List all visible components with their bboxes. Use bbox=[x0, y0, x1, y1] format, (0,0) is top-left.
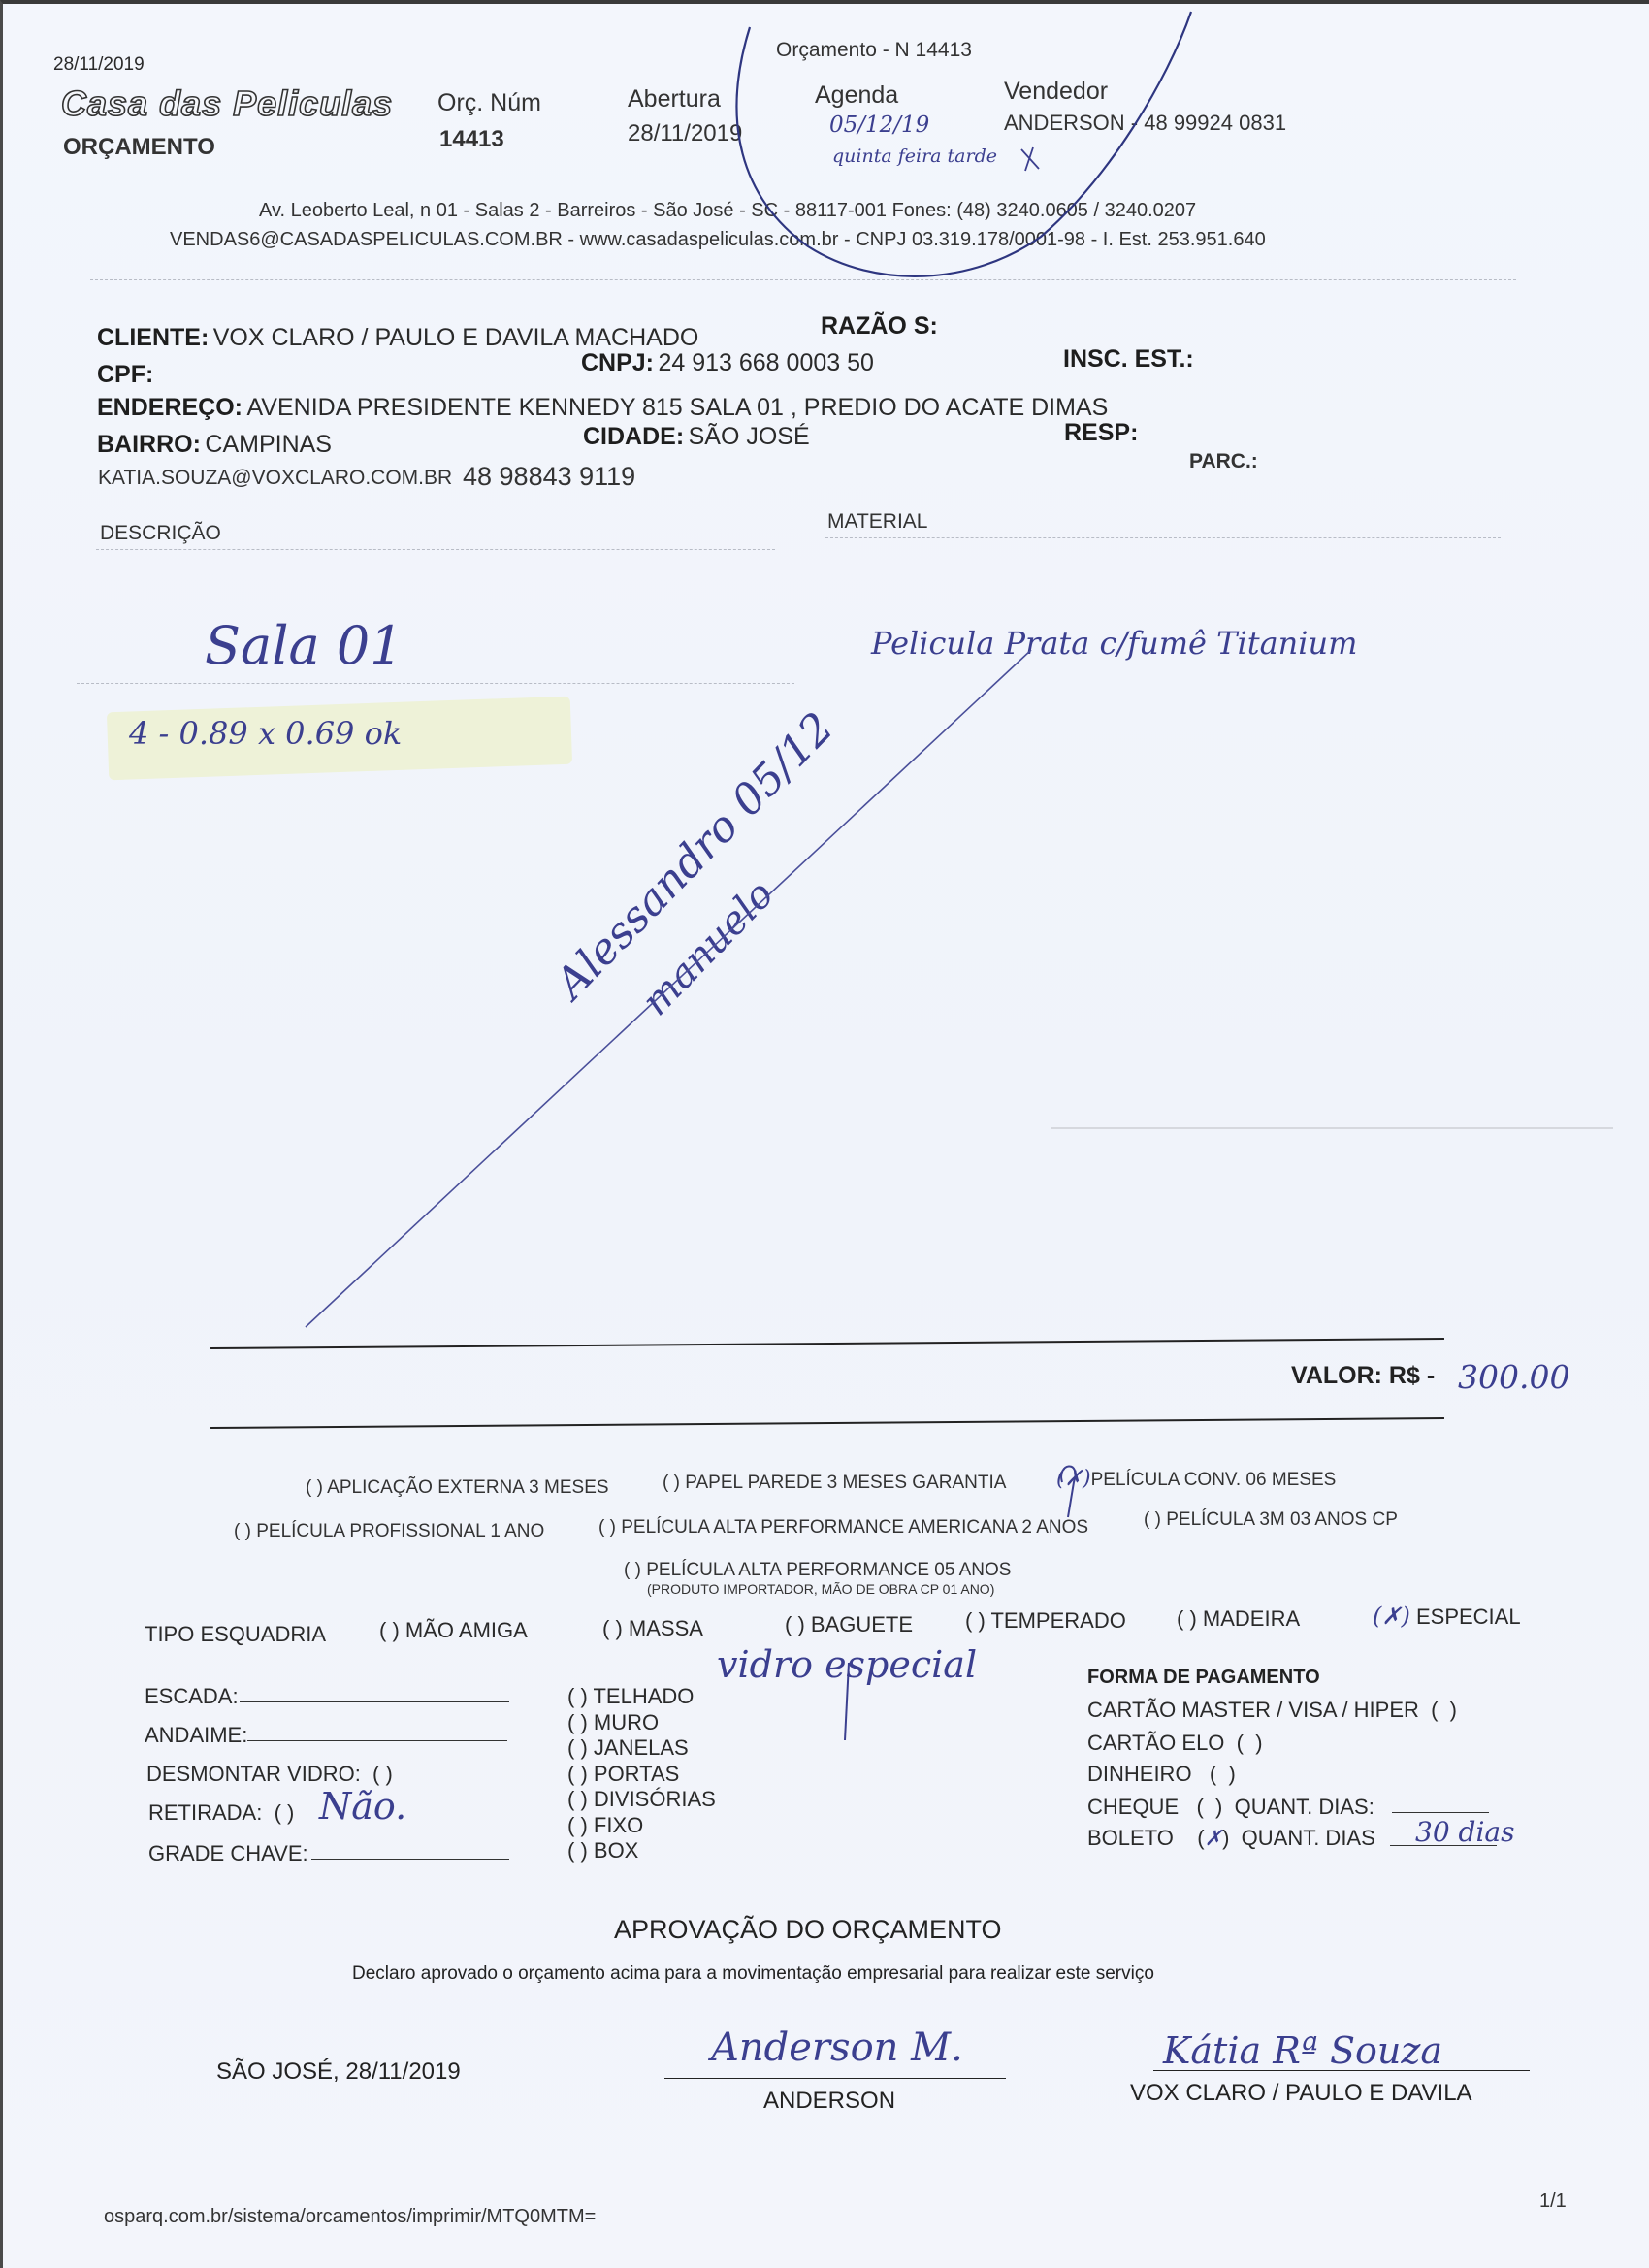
tarde-cross bbox=[1021, 147, 1039, 171]
option-label: MADEIRA bbox=[1203, 1606, 1300, 1631]
esquadria-mao-amiga[interactable]: ( ) MÃO AMIGA bbox=[379, 1618, 528, 1643]
descricao-handwritten: Sala 01 bbox=[205, 615, 404, 676]
option-label: PELÍCULA PROFISSIONAL 1 ANO bbox=[256, 1521, 544, 1541]
esquadria-baguete[interactable]: ( ) BAGUETE bbox=[785, 1612, 913, 1637]
option-label: DIVISÓRIAS bbox=[594, 1787, 716, 1811]
location-janelas[interactable]: ( ) JANELAS bbox=[567, 1735, 716, 1762]
option-label: PELÍCULA ALTA PERFORMANCE 05 ANOS bbox=[646, 1560, 1011, 1580]
approval-place-date: SÃO JOSÉ, 28/11/2019 bbox=[216, 2058, 461, 2086]
parc-label: PARC.: bbox=[1189, 450, 1258, 473]
esquadria-handwritten-note: vidro especial bbox=[717, 1643, 977, 1686]
option-label: MÃO AMIGA bbox=[405, 1618, 528, 1642]
orc-num-label: Orç. Núm bbox=[437, 89, 541, 117]
option-label: PORTAS bbox=[594, 1762, 679, 1786]
option-alta-performance-05-sub: (PRODUTO IMPORTADOR, MÃO DE OBRA CP 01 A… bbox=[647, 1581, 994, 1597]
cheque-dias-input-line[interactable] bbox=[1392, 1812, 1489, 1813]
valor-value: 300.00 bbox=[1458, 1358, 1569, 1396]
abertura-label: Abertura bbox=[628, 85, 721, 113]
client-name: VOX CLARO / PAULO E DAVILA bbox=[1130, 2080, 1472, 2107]
page-number: 1/1 bbox=[1539, 2190, 1567, 2213]
option-label: DINHEIRO bbox=[1087, 1762, 1192, 1786]
grade-chave-label: GRADE CHAVE: bbox=[148, 1841, 308, 1866]
option-label: CARTÃO MASTER / VISA / HIPER bbox=[1087, 1698, 1419, 1722]
retirada-label: RETIRADA: bbox=[148, 1800, 262, 1825]
client-signature-line bbox=[1153, 2070, 1530, 2071]
esquadria-especial[interactable]: (✗) ESPECIAL bbox=[1373, 1603, 1521, 1630]
company-logo: Casa das Peliculas bbox=[61, 83, 393, 124]
option-label: BAGUETE bbox=[811, 1612, 913, 1636]
payment-dinheiro[interactable]: DINHEIRO ( ) bbox=[1087, 1762, 1236, 1787]
approval-declaration: Declaro aprovado o orçamento acima para … bbox=[352, 1963, 1154, 1985]
agenda-handwritten-note: quinta feira tarde bbox=[832, 146, 997, 167]
option-pelicula-profissional[interactable]: ( ) PELÍCULA PROFISSIONAL 1 ANO bbox=[234, 1521, 544, 1542]
seller-signature-line bbox=[664, 2078, 1006, 2079]
material-label: MATERIAL bbox=[827, 510, 927, 534]
descricao-underline bbox=[96, 549, 775, 550]
valor-label: VALOR: R$ - bbox=[1291, 1362, 1435, 1390]
item-row-divider bbox=[77, 683, 794, 684]
option-label: PELÍCULA ALTA PERFORMANCE AMERICANA 2 AN… bbox=[621, 1517, 1088, 1538]
client-phone: 48 98843 9119 bbox=[463, 462, 635, 492]
escada-label: ESCADA: bbox=[145, 1684, 239, 1709]
cliente-field: CLIENTE: VOX CLARO / PAULO E DAVILA MACH… bbox=[97, 324, 698, 352]
location-portas[interactable]: ( ) PORTAS bbox=[567, 1762, 716, 1788]
client-email: KATIA.SOUZA@VOXCLARO.COM.BR bbox=[98, 467, 452, 490]
esquadria-massa[interactable]: ( ) MASSA bbox=[602, 1616, 703, 1641]
escada-input-line[interactable] bbox=[240, 1701, 509, 1702]
option-label: MASSA bbox=[629, 1616, 703, 1640]
payment-title: FORMA DE PAGAMENTO bbox=[1087, 1667, 1320, 1689]
orc-num-value: 14413 bbox=[439, 126, 504, 153]
header-divider bbox=[90, 279, 1516, 280]
bairro-field: BAIRRO: CAMPINAS bbox=[97, 431, 332, 459]
location-divisorias[interactable]: ( ) DIVISÓRIAS bbox=[567, 1787, 716, 1813]
option-papel-parede[interactable]: ( ) PAPEL PAREDE 3 MESES GARANTIA bbox=[663, 1473, 1006, 1494]
grade-chave-input-line[interactable] bbox=[311, 1859, 509, 1860]
vendedor-value: ANDERSON - 48 99924 0831 bbox=[1004, 111, 1286, 136]
cpf-label: CPF: bbox=[97, 361, 153, 389]
checked-mark-icon: (✗) bbox=[1373, 1603, 1410, 1630]
boleto-dias-handwritten: 30 dias bbox=[1415, 1816, 1514, 1848]
desmontar-label: DESMONTAR VIDRO: bbox=[146, 1762, 361, 1786]
location-options: ( ) TELHADO ( ) MURO ( ) JANELAS ( ) POR… bbox=[567, 1684, 716, 1864]
circled-quote-number: Orçamento - N 14413 bbox=[776, 39, 972, 62]
vendedor-label: Vendedor bbox=[1004, 78, 1108, 106]
cheque-dias-label: QUANT. DIAS: bbox=[1235, 1795, 1374, 1819]
material-handwritten: Pelicula Prata c/fumê Titanium bbox=[871, 625, 1357, 662]
cidade-label: CIDADE: bbox=[583, 423, 684, 450]
option-aplicacao-externa[interactable]: ( ) APLICAÇÃO EXTERNA 3 MESES bbox=[306, 1477, 609, 1499]
valor-bottom-rule bbox=[210, 1417, 1444, 1429]
medidas-handwritten: 4 - 0.89 x 0.69 ok bbox=[129, 715, 402, 752]
endereco-label: ENDEREÇO: bbox=[97, 394, 242, 421]
option-label: FIXO bbox=[594, 1813, 643, 1837]
location-box[interactable]: ( ) BOX bbox=[567, 1838, 716, 1864]
option-label: BOLETO bbox=[1087, 1826, 1174, 1850]
option-alta-performance-05[interactable]: ( ) PELÍCULA ALTA PERFORMANCE 05 ANOS bbox=[624, 1560, 1011, 1581]
endereco-value: AVENIDA PRESIDENTE KENNEDY 815 SALA 01 ,… bbox=[246, 394, 1108, 421]
cidade-value: SÃO JOSÉ bbox=[689, 423, 810, 450]
quote-document: 28/11/2019 Casa das Peliculas ORÇAMENTO … bbox=[0, 0, 1649, 2268]
esquadria-madeira[interactable]: ( ) MADEIRA bbox=[1177, 1606, 1300, 1632]
option-label: CARTÃO ELO bbox=[1087, 1731, 1224, 1755]
option-label: PELÍCULA 3M 03 ANOS CP bbox=[1166, 1509, 1398, 1530]
option-label: TELHADO bbox=[593, 1684, 694, 1708]
print-date: 28/11/2019 bbox=[53, 54, 145, 76]
material-row-divider bbox=[872, 664, 1503, 664]
cnpj-label: CNPJ: bbox=[581, 349, 654, 376]
desmontar-vidro-field[interactable]: DESMONTAR VIDRO: ( ) bbox=[146, 1762, 393, 1787]
andaime-label: ANDAIME: bbox=[145, 1723, 247, 1748]
resp-label: RESP: bbox=[1064, 419, 1138, 447]
option-pelicula-3m[interactable]: ( ) PELÍCULA 3M 03 ANOS CP bbox=[1144, 1509, 1398, 1531]
bairro-label: BAIRRO: bbox=[97, 431, 201, 458]
company-address: Av. Leoberto Leal, n 01 - Salas 2 - Barr… bbox=[259, 200, 1196, 222]
descricao-label: DESCRIÇÃO bbox=[100, 522, 221, 545]
bairro-value: CAMPINAS bbox=[205, 431, 332, 458]
option-label: JANELAS bbox=[594, 1735, 689, 1760]
location-muro[interactable]: ( ) MURO bbox=[567, 1710, 716, 1736]
endereco-field: ENDEREÇO: AVENIDA PRESIDENTE KENNEDY 815… bbox=[97, 394, 1108, 422]
cnpj-value: 24 913 668 0003 50 bbox=[658, 349, 873, 376]
cnpj-field: CNPJ: 24 913 668 0003 50 bbox=[581, 349, 874, 377]
esquadria-label: TIPO ESQUADRIA bbox=[145, 1622, 326, 1647]
abertura-value: 28/11/2019 bbox=[628, 120, 742, 147]
agenda-handwritten-date: 05/12/19 bbox=[829, 113, 929, 138]
cliente-label: CLIENTE: bbox=[97, 324, 209, 351]
option-label: APLICAÇÃO EXTERNA 3 MESES bbox=[327, 1477, 608, 1498]
boleto-dias-label: QUANT. DIAS bbox=[1242, 1826, 1375, 1850]
option-alta-performance-americana[interactable]: ( ) PELÍCULA ALTA PERFORMANCE AMERICANA … bbox=[598, 1517, 1088, 1539]
insc-est-label: INSC. EST.: bbox=[1063, 345, 1194, 373]
payment-elo[interactable]: CARTÃO ELO ( ) bbox=[1087, 1731, 1263, 1756]
retirada-field[interactable]: RETIRADA: ( ) bbox=[148, 1800, 294, 1826]
footer-url[interactable]: osparq.com.br/sistema/orcamentos/imprimi… bbox=[104, 2206, 596, 2228]
esquadria-temperado[interactable]: ( ) TEMPERADO bbox=[965, 1608, 1126, 1634]
approval-title: APROVAÇÃO DO ORÇAMENTO bbox=[614, 1915, 1002, 1945]
checked-mark-icon: ✗ bbox=[1205, 1827, 1222, 1851]
material-underline bbox=[825, 537, 1501, 538]
payment-cheque[interactable]: CHEQUE ( ) QUANT. DIAS: bbox=[1087, 1795, 1374, 1820]
payment-master-visa[interactable]: CARTÃO MASTER / VISA / HIPER ( ) bbox=[1087, 1698, 1457, 1723]
andaime-input-line[interactable] bbox=[247, 1740, 507, 1741]
seller-name: ANDERSON bbox=[763, 2088, 895, 2115]
checked-mark-icon: (✗) bbox=[1056, 1467, 1091, 1491]
client-signature: Kátia Rª Souza bbox=[1163, 2029, 1442, 2072]
retirada-handwritten: Não. bbox=[319, 1785, 406, 1828]
option-label: PAPEL PAREDE 3 MESES GARANTIA bbox=[685, 1473, 1006, 1493]
razao-label: RAZÃO S: bbox=[821, 312, 938, 340]
location-fixo[interactable]: ( ) FIXO bbox=[567, 1813, 716, 1839]
payment-boleto[interactable]: BOLETO (✗) QUANT. DIAS bbox=[1087, 1826, 1375, 1851]
seller-signature: Anderson M. bbox=[711, 2025, 963, 2070]
cidade-field: CIDADE: SÃO JOSÉ bbox=[583, 423, 810, 451]
document-type: ORÇAMENTO bbox=[63, 134, 215, 161]
location-telhado[interactable]: ( ) TELHADO bbox=[567, 1684, 716, 1710]
option-label: ESPECIAL bbox=[1416, 1604, 1521, 1629]
option-label: TEMPERADO bbox=[990, 1608, 1125, 1633]
option-label: CHEQUE bbox=[1087, 1795, 1179, 1819]
agenda-label: Agenda bbox=[815, 81, 898, 110]
option-label: PELÍCULA CONV. 06 MESES bbox=[1091, 1470, 1337, 1490]
cliente-value: VOX CLARO / PAULO E DAVILA MACHADO bbox=[213, 324, 699, 351]
option-label: MURO bbox=[594, 1710, 659, 1734]
company-contact: VENDAS6@CASADASPELICULAS.COM.BR - www.ca… bbox=[170, 229, 1266, 251]
option-label: BOX bbox=[594, 1838, 638, 1863]
paper-fold bbox=[1051, 1127, 1613, 1129]
option-pelicula-conv[interactable]: (✗)PELÍCULA CONV. 06 MESES bbox=[1056, 1467, 1336, 1491]
valor-top-rule bbox=[210, 1338, 1444, 1349]
